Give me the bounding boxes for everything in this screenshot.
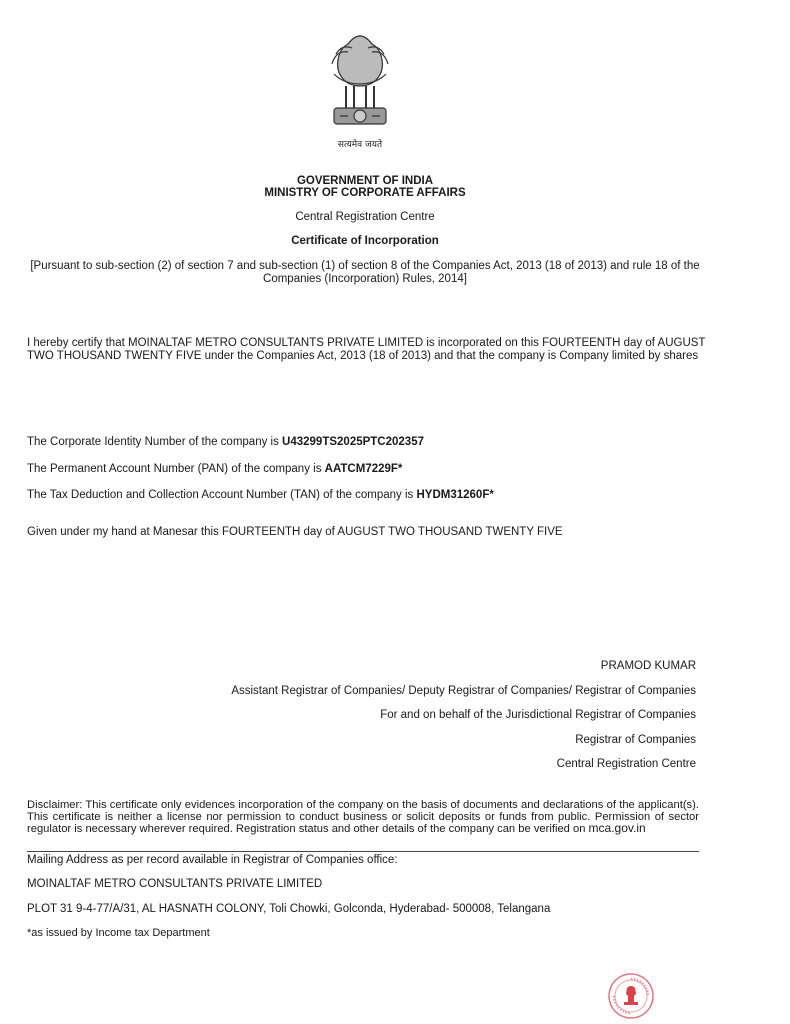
cin-line: The Corporate Identity Number of the com… [27,436,424,448]
office-name: Central Registration Centre [0,211,730,223]
pan-value: AATCM7229F* [325,463,403,475]
tan-label: The Tax Deduction and Collection Account… [27,489,416,501]
pan-line: The Permanent Account Number (PAN) of th… [27,463,402,475]
national-emblem: सत्यमेव जयते [318,24,402,146]
tan-line: The Tax Deduction and Collection Account… [27,489,494,501]
signatory-office: Registrar of Companies [100,734,696,746]
certificate-title: Certificate of Incorporation [0,235,730,247]
footnote: *as issued by Income tax Department [27,927,210,939]
signatory-name: PRAMOD KUMAR [100,660,696,672]
national-emblem-lion-capital-icon [318,24,402,132]
mca-link[interactable]: mca.gov.in [589,821,646,835]
ministry-heading: MINISTRY OF CORPORATE AFFAIRS [0,187,730,199]
disclaimer: Disclaimer: This certificate only eviden… [27,800,699,836]
pursuant-clause: [Pursuant to sub-section (2) of section … [30,260,700,285]
certification-paragraph: I hereby certify that MOINALTAF METRO CO… [27,337,707,362]
signatory-designation: Assistant Registrar of Companies/ Deputy… [100,685,696,697]
mailing-address: PLOT 31 9-4-77/A/31, AL HASNATH COLONY, … [27,903,550,915]
given-under-hand: Given under my hand at Manesar this FOUR… [27,526,563,538]
signatory-behalf: For and on behalf of the Jurisdictional … [100,709,696,721]
tan-value: HYDM31260F* [416,489,493,501]
cin-value: U43299TS2025PTC202357 [282,436,424,448]
mailing-company: MOINALTAF METRO CONSULTANTS PRIVATE LIMI… [27,878,322,890]
signatory-centre: Central Registration Centre [100,758,696,770]
govt-heading: GOVERNMENT OF INDIA [0,175,730,187]
ministry-seal [607,972,655,1020]
ministry-seal-icon [607,972,655,1020]
emblem-motto: सत्यमेव जयते [318,137,402,150]
mailing-label: Mailing Address as per record available … [27,854,398,866]
cin-label: The Corporate Identity Number of the com… [27,436,282,448]
pan-label: The Permanent Account Number (PAN) of th… [27,463,325,475]
divider [27,851,699,852]
